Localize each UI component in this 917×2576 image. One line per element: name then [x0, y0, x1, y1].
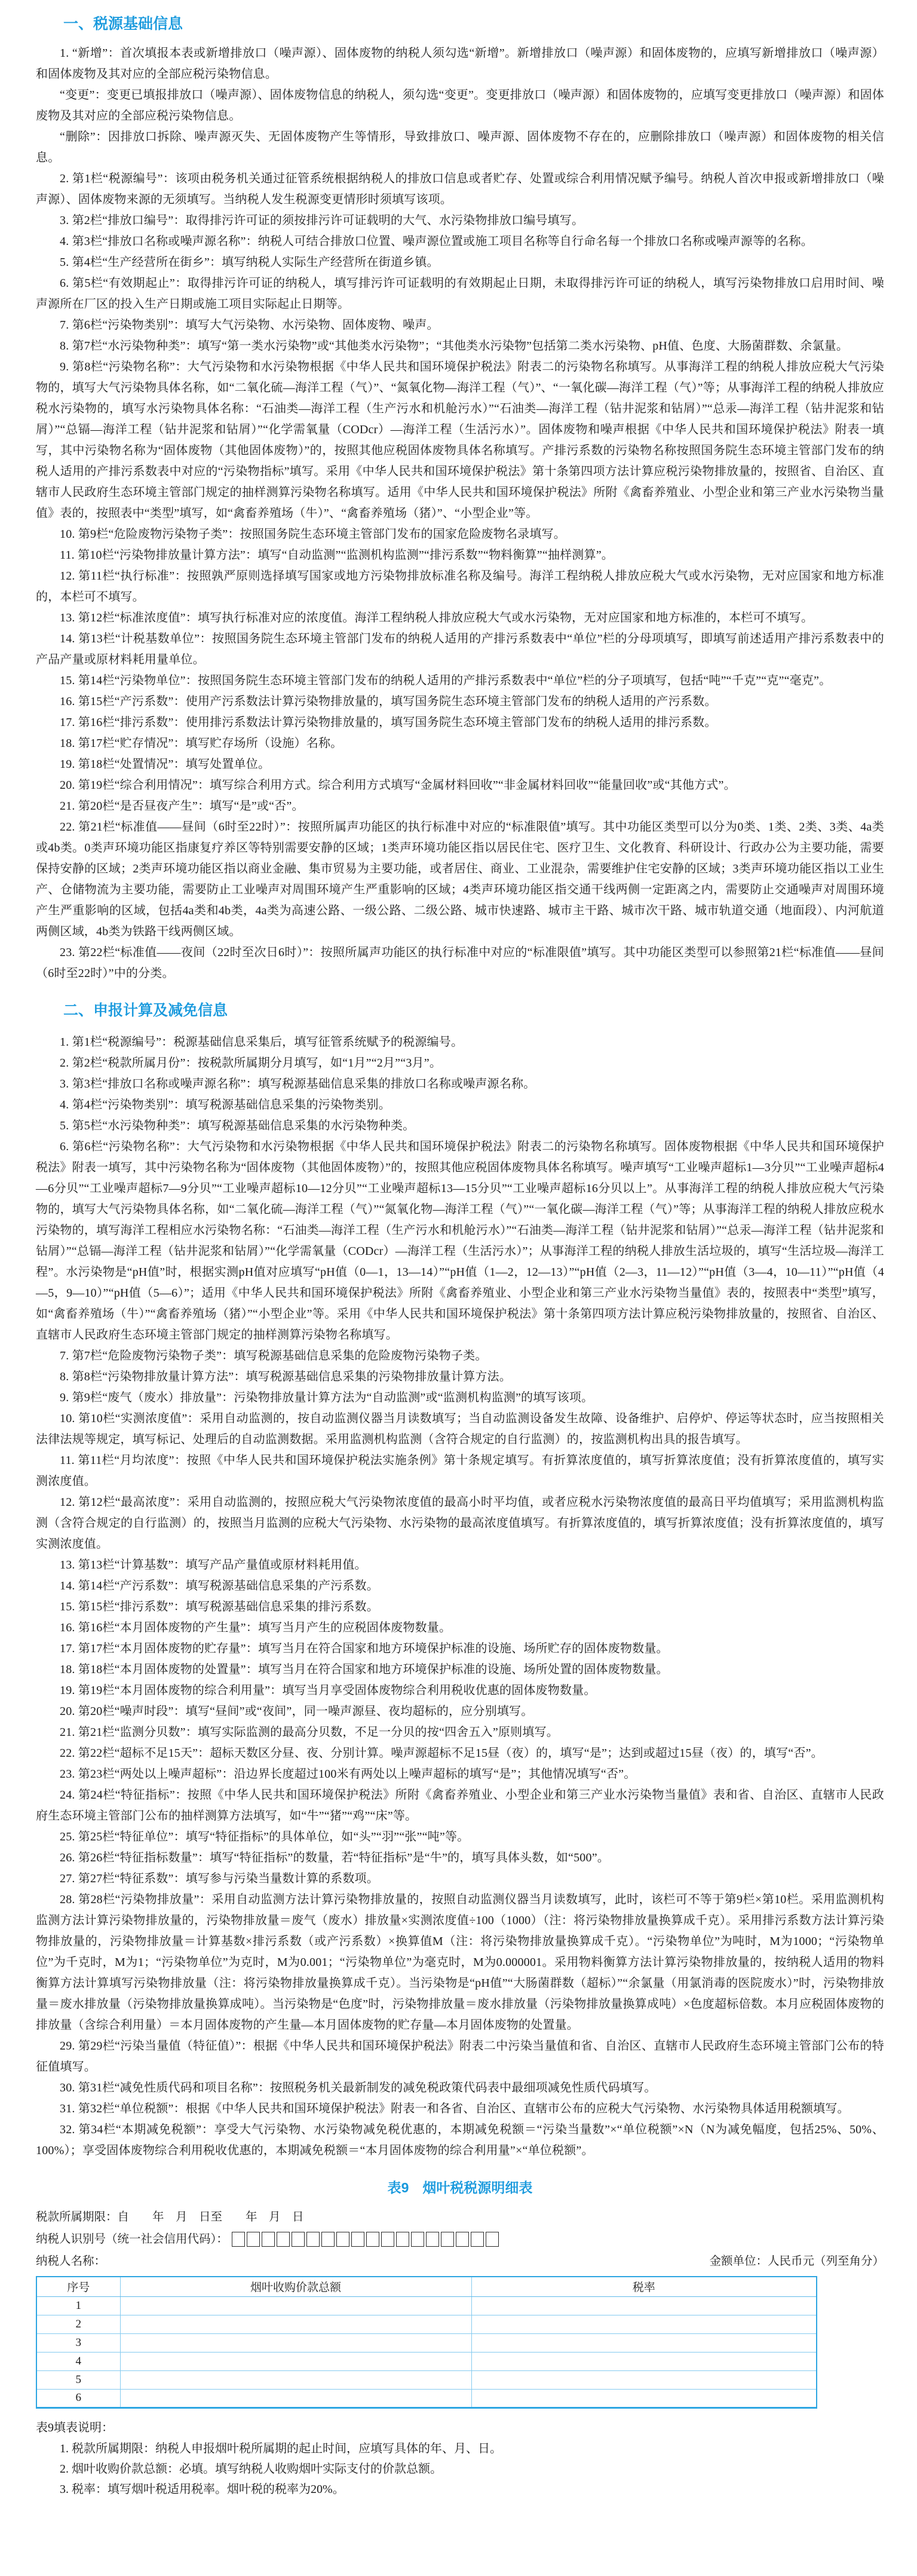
- instruction-paragraph: 2. 第1栏“税源编号”：该项由税务机关通过征管系统根据纳税人的排放口信息或者贮…: [36, 169, 884, 210]
- instruction-paragraph: 19. 第19栏“本月固体废物的综合利用量”：填写当月享受固体废物综合利用税收优…: [36, 1680, 884, 1701]
- table9-notes: 1. 税款所属期限：纳税人申报烟叶税所属期的起止时间，应填写具体的年、月、日。 …: [36, 2439, 884, 2500]
- rate-cell[interactable]: [471, 2370, 817, 2389]
- instruction-paragraph: 21. 第21栏“监测分贝数”：填写实际监测的最高分贝数，不足一分贝的按“四舍五…: [36, 1722, 884, 1743]
- instruction-paragraph: 8. 第8栏“污染物排放量计算方法”：填写税源基础信息采集的污染物排放量计算方法…: [36, 1367, 884, 1387]
- section1-title: 一、税源基础信息: [63, 14, 884, 33]
- instruction-paragraph: 2. 第2栏“税款所属月份”：按税款所属期分月填写，如“1月”“2月”“3月”。: [36, 1053, 884, 1074]
- instruction-paragraph: 15. 第15栏“排污系数”：填写税源基础信息采集的排污系数。: [36, 1597, 884, 1618]
- instruction-paragraph: 22. 第21栏“标准值——昼间（6时至22时）”：按照所属声功能区的执行标准中…: [36, 817, 884, 942]
- tobacco-tax-table: 序号 烟叶收购价款总额 税率 1 2 3: [36, 2276, 817, 2409]
- serial-cell: 1: [36, 2296, 120, 2315]
- serial-cell: 3: [36, 2333, 120, 2352]
- instruction-paragraph: 10. 第9栏“危险废物污染物子类”：按照国务院生态环境主管部门发布的国家危险废…: [36, 524, 884, 545]
- document-page: 一、税源基础信息 1. “新增”：首次填报本表或新增排放口（噪声源）、固体废物的…: [0, 0, 917, 2517]
- table-row: 6: [36, 2389, 817, 2407]
- instruction-paragraph: 12. 第12栏“最高浓度”：采用自动监测的，按照应税大气污染物浓度值的最高小时…: [36, 1492, 884, 1555]
- credit-code-box[interactable]: [247, 2232, 260, 2247]
- instruction-paragraph: 32. 第34栏“本期减免税额”：享受大气污染物、水污染物减免税优惠的，本期减免…: [36, 2119, 884, 2161]
- table9-meta: 税款所属期限：自 年 月 日至 年 月 日 纳税人识别号（统一社会信用代码）： …: [36, 2206, 884, 2272]
- rate-cell[interactable]: [471, 2315, 817, 2333]
- credit-code-box[interactable]: [441, 2232, 454, 2247]
- instruction-paragraph: 4. 第4栏“污染物类别”：填写税源基础信息采集的污染物类别。: [36, 1095, 884, 1116]
- rate-cell[interactable]: [471, 2333, 817, 2352]
- note-paragraph: 2. 烟叶收购价款总额：必填。填写纳税人收购烟叶实际支付的价款总额。: [36, 2459, 884, 2479]
- instruction-paragraph: 13. 第12栏“标准浓度值”：填写执行标准对应的浓度值。海洋工程纳税人排放应税…: [36, 608, 884, 629]
- credit-code-box[interactable]: [351, 2232, 364, 2247]
- credit-code-box[interactable]: [321, 2232, 335, 2247]
- table-body: 1 2 3 4: [36, 2296, 817, 2407]
- instruction-paragraph: 14. 第14栏“产污系数”：填写税源基础信息采集的产污系数。: [36, 1576, 884, 1597]
- rate-cell[interactable]: [471, 2352, 817, 2370]
- amount-cell[interactable]: [120, 2389, 471, 2407]
- amount-unit-label: 金额单位：人民币元（列至角分）: [709, 2250, 884, 2272]
- credit-code-box[interactable]: [336, 2232, 349, 2247]
- instruction-paragraph: 12. 第11栏“执行标准”：按照孰严原则选择填写国家或地方污染物排放标准名称及…: [36, 566, 884, 608]
- instruction-paragraph: 3. 第3栏“排放口名称或噪声源名称”：填写税源基础信息采集的排放口名称或噪声源…: [36, 1074, 884, 1095]
- instruction-paragraph: 25. 第25栏“特征单位”：填写“特征指标”的具体单位，如“头”“羽”“张”“…: [36, 1827, 884, 1848]
- instruction-paragraph: 6. 第5栏“有效期起止”：取得排污许可证的纳税人，填写排污许可证载明的有效期起…: [36, 273, 884, 315]
- instruction-paragraph: 18. 第17栏“贮存情况”：填写贮存场所（设施）名称。: [36, 733, 884, 754]
- instruction-paragraph: 22. 第22栏“超标不足15天”：超标天数区分昼、夜、分别计算。噪声源超标不足…: [36, 1743, 884, 1764]
- credit-code-box[interactable]: [366, 2232, 379, 2247]
- instruction-paragraph: 17. 第17栏“本月固体废物的贮存量”：填写当月在符合国家和地方环境保护标准的…: [36, 1638, 884, 1659]
- table-row: 2: [36, 2315, 817, 2333]
- credit-code-boxes: [232, 2232, 499, 2247]
- instruction-paragraph: “变更”：变更已填报排放口（噪声源）、固体废物信息的纳税人，须勾选“变更”。变更…: [36, 85, 884, 127]
- credit-code-box[interactable]: [232, 2232, 245, 2247]
- instruction-paragraph: 3. 第2栏“排放口编号”：取得排污许可证的须按排污许可证载明的大气、水污染物排…: [36, 210, 884, 231]
- instruction-paragraph: 29. 第29栏“污染当量值（特征值）”：根据《中华人民共和国环境保护税法》附表…: [36, 2036, 884, 2078]
- instruction-paragraph: “删除”：因排放口拆除、噪声源灭失、无固体废物产生等情形，导致排放口、噪声源、固…: [36, 127, 884, 169]
- credit-code-box[interactable]: [262, 2232, 275, 2247]
- amount-cell[interactable]: [120, 2296, 471, 2315]
- section2-title: 二、申报计算及减免信息: [63, 1001, 884, 1020]
- column-header-serial: 序号: [36, 2277, 120, 2296]
- instruction-paragraph: 8. 第7栏“水污染物种类”：填写“第一类水污染物”或“其他类水污染物”；“其他…: [36, 336, 884, 357]
- table9-notes-title: 表9填表说明：: [36, 2417, 884, 2439]
- instruction-paragraph: 14. 第13栏“计税基数单位”：按照国务院生态环境主管部门发布的纳税人适用的产…: [36, 629, 884, 670]
- rate-cell[interactable]: [471, 2389, 817, 2407]
- note-paragraph: 1. 税款所属期限：纳税人申报烟叶税所属期的起止时间，应填写具体的年、月、日。: [36, 2439, 884, 2459]
- instruction-paragraph: 26. 第26栏“特征指标数量”：填写“特征指标”的数量，若“特征指标”是“牛”…: [36, 1848, 884, 1869]
- instruction-paragraph: 7. 第6栏“污染物类别”：填写大气污染物、水污染物、固体废物、噪声。: [36, 315, 884, 336]
- instruction-paragraph: 5. 第5栏“水污染物种类”：填写税源基础信息采集的水污染物种类。: [36, 1116, 884, 1137]
- instruction-paragraph: 17. 第16栏“排污系数”：使用排污系数法计算污染物排放量的，填写国务院生态环…: [36, 712, 884, 733]
- taxpayer-name-row: 纳税人名称： 金额单位：人民币元（列至角分）: [36, 2250, 884, 2272]
- instruction-paragraph: 1. “新增”：首次填报本表或新增排放口（噪声源）、固体废物的纳税人须勾选“新增…: [36, 43, 884, 85]
- instruction-paragraph: 10. 第10栏“实测浓度值”：采用自动监测的，按自动监测仪器当月读数填写；当自…: [36, 1408, 884, 1450]
- instruction-paragraph: 11. 第10栏“污染物排放量计算方法”：填写“自动监测”“监测机构监测”“排污…: [36, 545, 884, 566]
- table-header: 序号 烟叶收购价款总额 税率: [36, 2277, 817, 2296]
- instruction-paragraph: 23. 第23栏“两处以上噪声超标”：沿边界长度超过100米有两处以上噪声超标的…: [36, 1764, 884, 1785]
- credit-code-box[interactable]: [292, 2232, 305, 2247]
- note-paragraph: 3. 税率：填写烟叶税适用税率。烟叶税的税率为20%。: [36, 2479, 884, 2500]
- instruction-paragraph: 19. 第18栏“处置情况”：填写处置单位。: [36, 754, 884, 775]
- tax-period-label: 税款所属期限：自 年 月 日至 年 月 日: [36, 2206, 304, 2228]
- instruction-paragraph: 9. 第8栏“污染物名称”：大气污染物和水污染物根据《中华人民共和国环境保护税法…: [36, 357, 884, 524]
- instruction-paragraph: 18. 第18栏“本月固体废物的处置量”：填写当月在符合国家和地方环境保护标准的…: [36, 1659, 884, 1680]
- instruction-paragraph: 5. 第4栏“生产经营所在街乡”：填写纳税人实际生产经营所在街道乡镇。: [36, 252, 884, 273]
- credit-code-box[interactable]: [277, 2232, 290, 2247]
- instruction-paragraph: 27. 第27栏“特征系数”：填写参与污染当量数计算的系数项。: [36, 1869, 884, 1889]
- table-row: 1: [36, 2296, 817, 2315]
- serial-cell: 5: [36, 2370, 120, 2389]
- instruction-paragraph: 11. 第11栏“月均浓度”：按照《中华人民共和国环境保护税法实施条例》第十条规…: [36, 1450, 884, 1492]
- instruction-paragraph: 30. 第31栏“减免性质代码和项目名称”：按照税务机关最新制发的减免税政策代码…: [36, 2078, 884, 2099]
- section1-paragraphs: 1. “新增”：首次填报本表或新增排放口（噪声源）、固体废物的纳税人须勾选“新增…: [36, 43, 884, 984]
- table-row: 3: [36, 2333, 817, 2352]
- instruction-paragraph: 20. 第19栏“综合利用情况”：填写综合利用方式。综合利用方式填写“金属材料回…: [36, 775, 884, 796]
- instruction-paragraph: 24. 第24栏“特征指标”：按照《中华人民共和国环境保护税法》所附《禽畜养殖业…: [36, 1785, 884, 1827]
- instruction-paragraph: 16. 第15栏“产污系数”：使用产污系数法计算污染物排放量的，填写国务院生态环…: [36, 691, 884, 712]
- instruction-paragraph: 13. 第13栏“计算基数”：填写产品产量值或原材料耗用值。: [36, 1555, 884, 1576]
- instruction-paragraph: 28. 第28栏“污染物排放量”：采用自动监测方法计算污染物排放量的，按照自动监…: [36, 1889, 884, 2036]
- instruction-paragraph: 31. 第32栏“单位税额”：根据《中华人民共和国环境保护税法》附表一和各省、自…: [36, 2099, 884, 2119]
- instruction-paragraph: 4. 第3栏“排放口名称或噪声源名称”：纳税人可结合排放口位置、噪声源位置或施工…: [36, 231, 884, 252]
- serial-cell: 4: [36, 2352, 120, 2370]
- credit-code-box[interactable]: [306, 2232, 320, 2247]
- credit-code-box[interactable]: [456, 2232, 469, 2247]
- taxpayer-name-label: 纳税人名称：: [36, 2250, 106, 2272]
- instruction-paragraph: 7. 第7栏“危险废物污染物子类”：填写税源基础信息采集的危险废物污染物子类。: [36, 1346, 884, 1367]
- amount-cell[interactable]: [120, 2333, 471, 2352]
- amount-cell[interactable]: [120, 2352, 471, 2370]
- instruction-paragraph: 16. 第16栏“本月固体废物的产生量”：填写当月产生的应税固体废物数量。: [36, 1618, 884, 1638]
- table9-title: 表9 烟叶税税源明细表: [36, 2177, 884, 2197]
- credit-code-box[interactable]: [426, 2232, 439, 2247]
- amount-cell[interactable]: [120, 2370, 471, 2389]
- taxpayer-id-row: 纳税人识别号（统一社会信用代码）：: [36, 2228, 884, 2250]
- instruction-paragraph: 9. 第9栏“废气（废水）排放量”：污染物排放量计算方法为“自动监测”或“监测机…: [36, 1387, 884, 1408]
- rate-cell[interactable]: [471, 2296, 817, 2315]
- instruction-paragraph: 21. 第20栏“是否昼夜产生”：填写“是”或“否”。: [36, 796, 884, 817]
- section2-paragraphs: 1. 第1栏“税源编号”：税源基础信息采集后，填写征管系统赋予的税源编号。 2.…: [36, 1032, 884, 2161]
- serial-cell: 2: [36, 2315, 120, 2333]
- table-row: 4: [36, 2352, 817, 2370]
- credit-code-box[interactable]: [486, 2232, 499, 2247]
- serial-cell: 6: [36, 2389, 120, 2407]
- credit-code-box[interactable]: [411, 2232, 424, 2247]
- credit-code-box[interactable]: [396, 2232, 409, 2247]
- instruction-paragraph: 6. 第6栏“污染物名称”：大气污染物和水污染物根据《中华人民共和国环境保护税法…: [36, 1137, 884, 1346]
- column-header-rate: 税率: [471, 2277, 817, 2296]
- instruction-paragraph: 20. 第20栏“噪声时段”：填写“昼间”或“夜间”，同一噪声源昼、夜均超标的，…: [36, 1701, 884, 1722]
- credit-code-box[interactable]: [471, 2232, 484, 2247]
- taxpayer-id-label: 纳税人识别号（统一社会信用代码）：: [36, 2228, 228, 2250]
- amount-cell[interactable]: [120, 2315, 471, 2333]
- instruction-paragraph: 1. 第1栏“税源编号”：税源基础信息采集后，填写征管系统赋予的税源编号。: [36, 1032, 884, 1053]
- credit-code-box[interactable]: [381, 2232, 394, 2247]
- column-header-amount: 烟叶收购价款总额: [120, 2277, 471, 2296]
- table-row: 5: [36, 2370, 817, 2389]
- instruction-paragraph: 15. 第14栏“污染物单位”：按照国务院生态环境主管部门发布的纳税人适用的产排…: [36, 670, 884, 691]
- tax-period-row: 税款所属期限：自 年 月 日至 年 月 日: [36, 2206, 884, 2228]
- instruction-paragraph: 23. 第22栏“标准值——夜间（22时至次日6时）”：按照所属声功能区的执行标…: [36, 942, 884, 984]
